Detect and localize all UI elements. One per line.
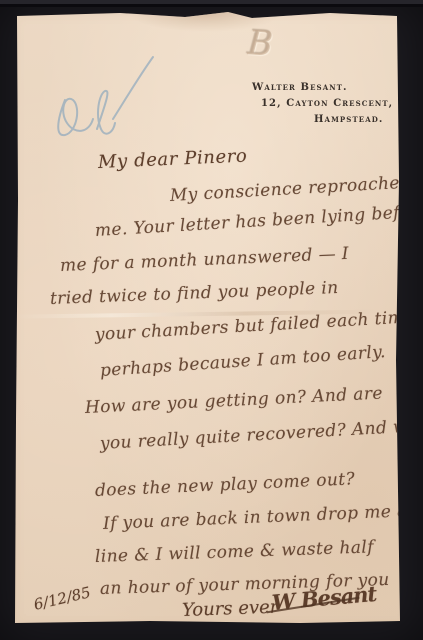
letter-paper: B Walter Besant. 12, Cayton Crescent, Ha… <box>0 0 423 640</box>
blue-pencil-mark-icon <box>35 45 165 145</box>
letterhead-city: Hampstead. <box>314 114 383 125</box>
letterhead-address: 12, Cayton Crescent, <box>261 98 393 109</box>
embossed-letter-b: B <box>247 23 275 65</box>
scanned-letter-photo: B Walter Besant. 12, Cayton Crescent, Ha… <box>0 0 423 640</box>
scan-seam-line <box>0 4 423 7</box>
letterhead-name: Walter Besant. <box>252 82 348 93</box>
letter-closing: Yours ever <box>182 597 279 621</box>
